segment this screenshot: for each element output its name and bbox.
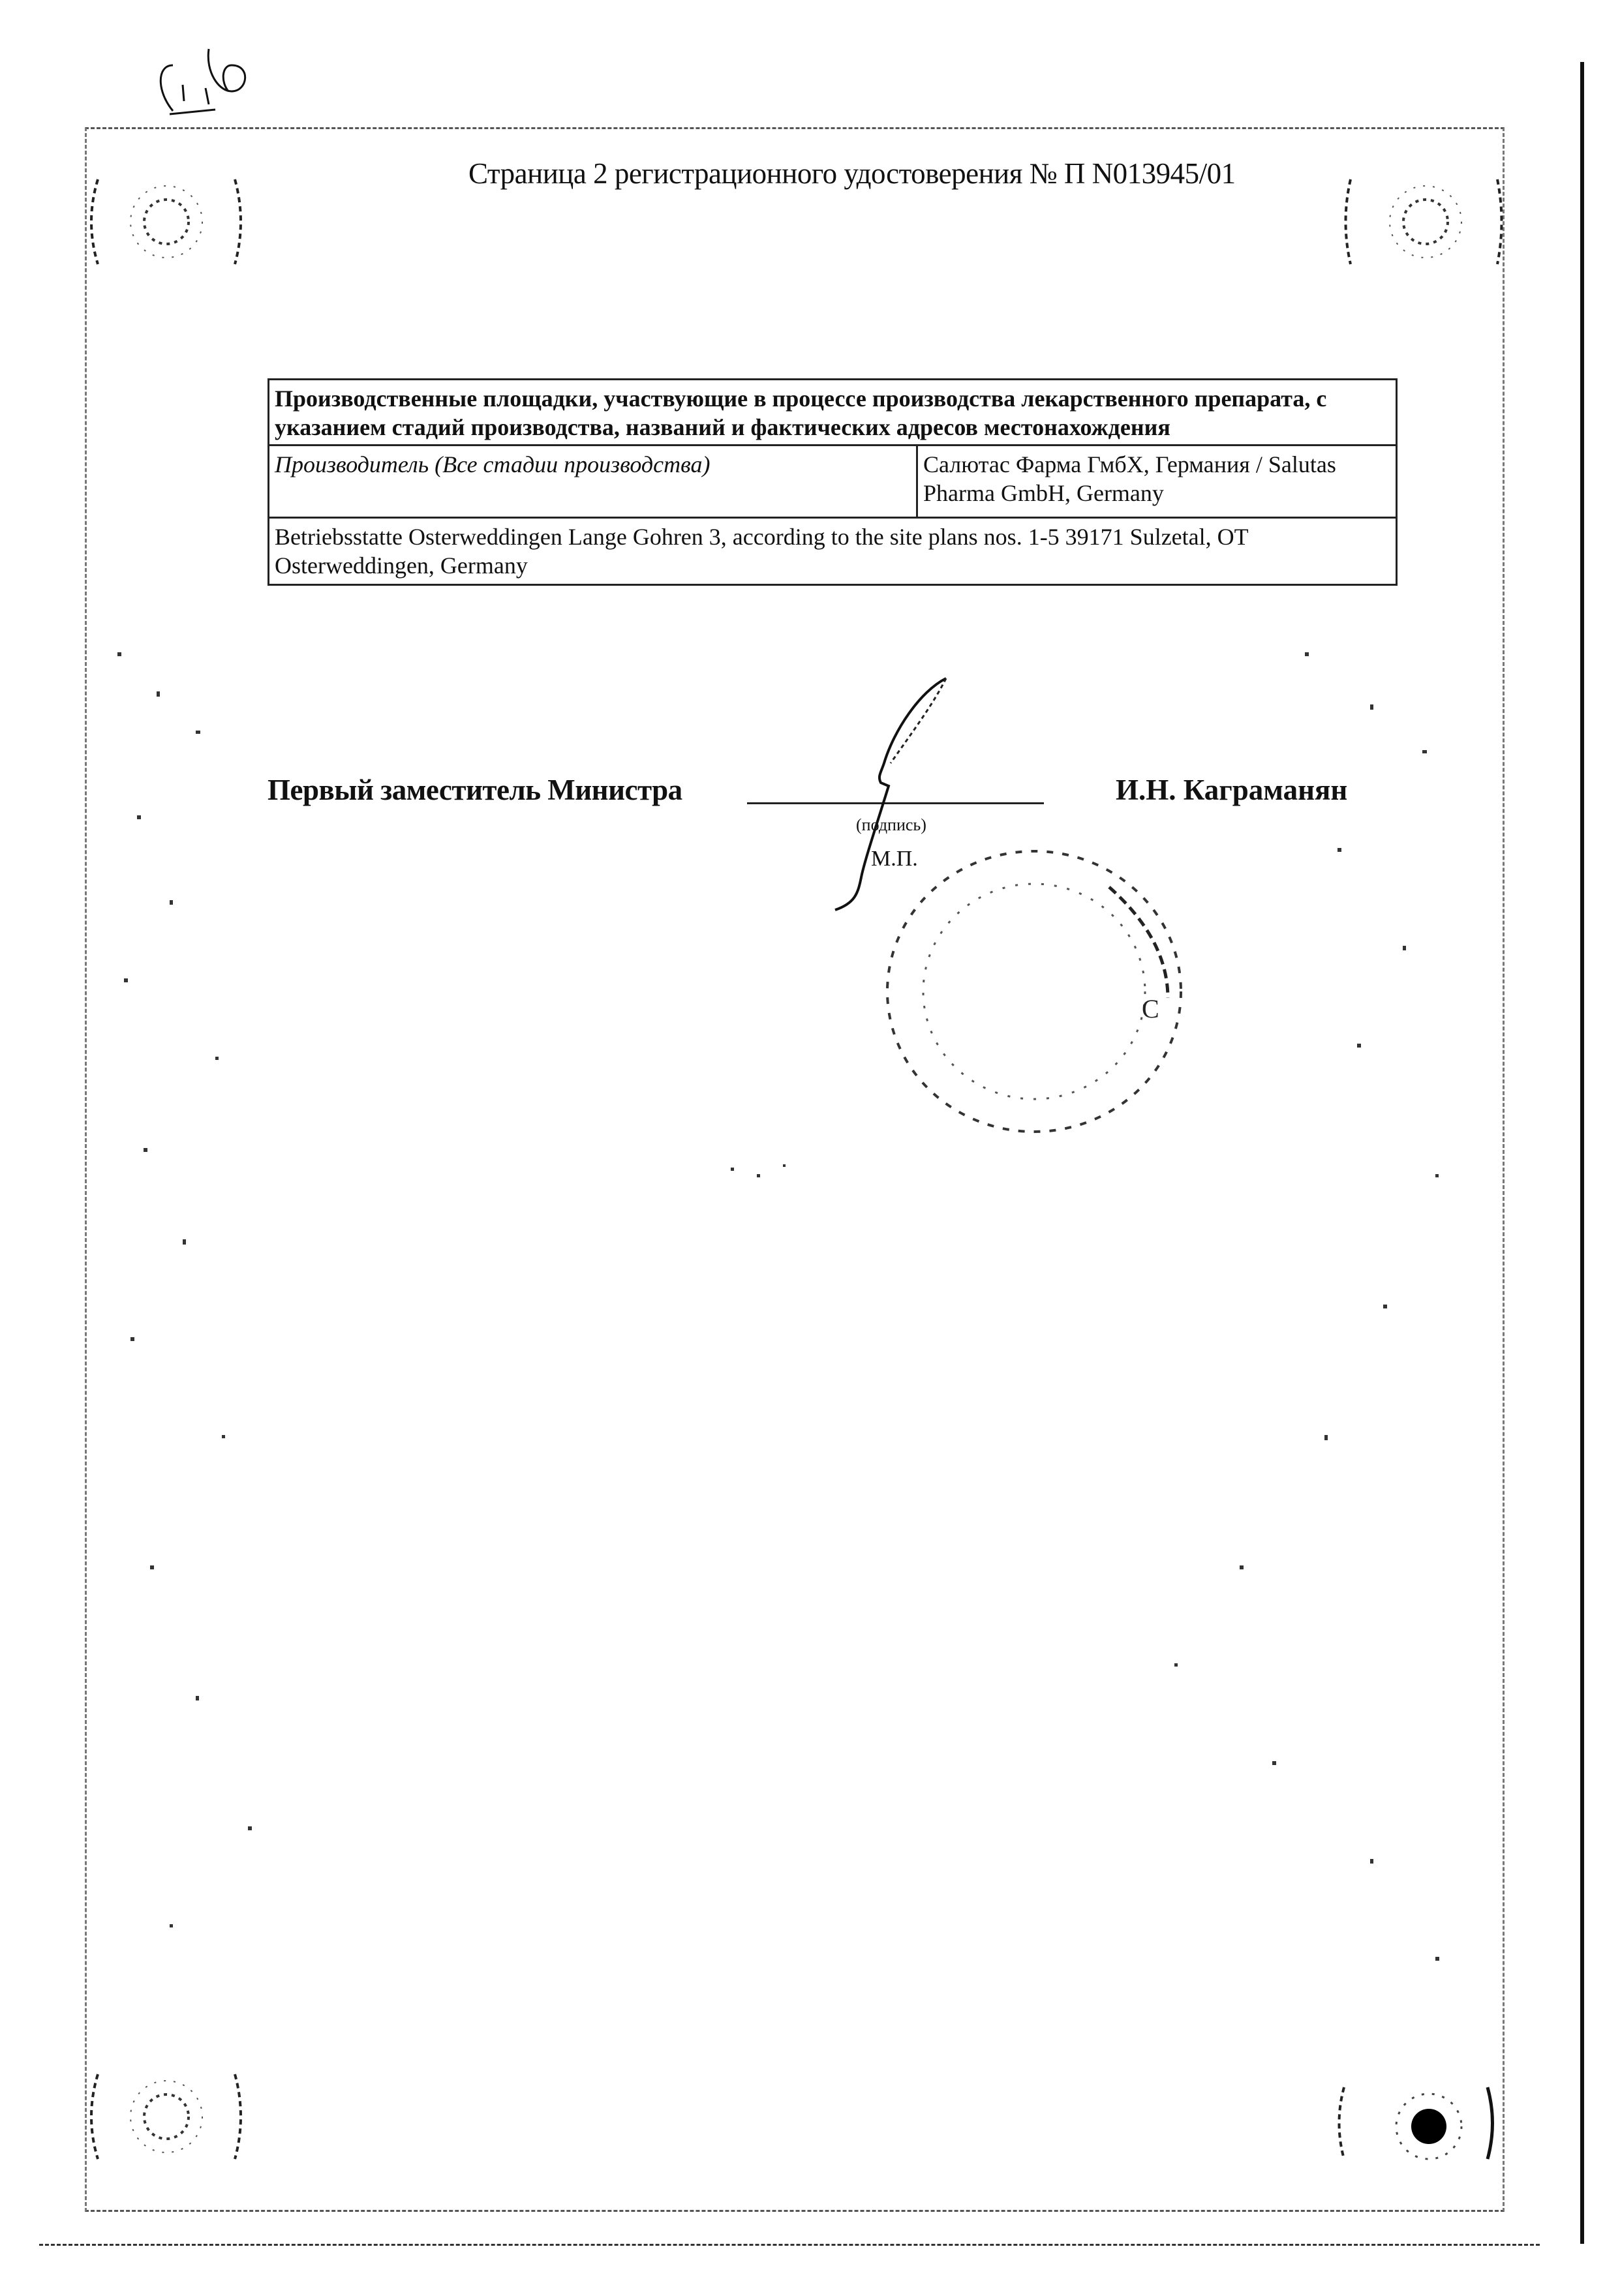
signatory-name: И.Н. Каграманян bbox=[1116, 773, 1347, 807]
rosette-ornament-icon bbox=[78, 2061, 248, 2172]
production-sites-table: Производственные площадки, участвующие в… bbox=[267, 378, 1398, 586]
table-row: Betriebsstatte Osterweddingen Lange Gohr… bbox=[269, 518, 1397, 585]
producer-company-cell: Салютас Фарма ГмбХ, Германия / Salutas P… bbox=[917, 446, 1397, 518]
table-header-row: Производственные площадки, участвующие в… bbox=[269, 380, 1397, 446]
round-seal-stamp-icon: С bbox=[861, 828, 1200, 1148]
handwritten-number-icon bbox=[144, 46, 274, 117]
producer-role-cell: Производитель (Все стадии производства) bbox=[269, 446, 917, 518]
table-header-cell: Производственные площадки, участвующие в… bbox=[269, 380, 1397, 446]
site-address-cell: Betriebsstatte Osterweddingen Lange Gohr… bbox=[269, 518, 1397, 585]
scan-edge-bottom bbox=[39, 2244, 1540, 2246]
corner-ornament-bottom-right bbox=[1331, 2061, 1501, 2172]
corner-ornament-top-left bbox=[78, 166, 248, 277]
handwritten-page-mark bbox=[144, 46, 274, 117]
corner-ornament-bottom-left bbox=[78, 2061, 248, 2172]
svg-text:С: С bbox=[1142, 994, 1159, 1023]
official-seal-stamp: С bbox=[861, 828, 1200, 1148]
table-row: Производитель (Все стадии производства) … bbox=[269, 446, 1397, 518]
rosette-ornament-icon bbox=[78, 166, 248, 277]
scan-edge-right bbox=[1580, 62, 1584, 2244]
signature-block: Первый заместитель Министра И.Н. Каграма… bbox=[0, 773, 1605, 819]
rosette-ornament-icon bbox=[1337, 166, 1507, 277]
corner-ornament-top-right bbox=[1337, 166, 1507, 277]
signatory-position: Первый заместитель Министра bbox=[267, 773, 682, 807]
filled-circle-icon bbox=[1331, 2061, 1501, 2172]
page-title: Страница 2 регистрационного удостоверени… bbox=[468, 157, 1236, 190]
